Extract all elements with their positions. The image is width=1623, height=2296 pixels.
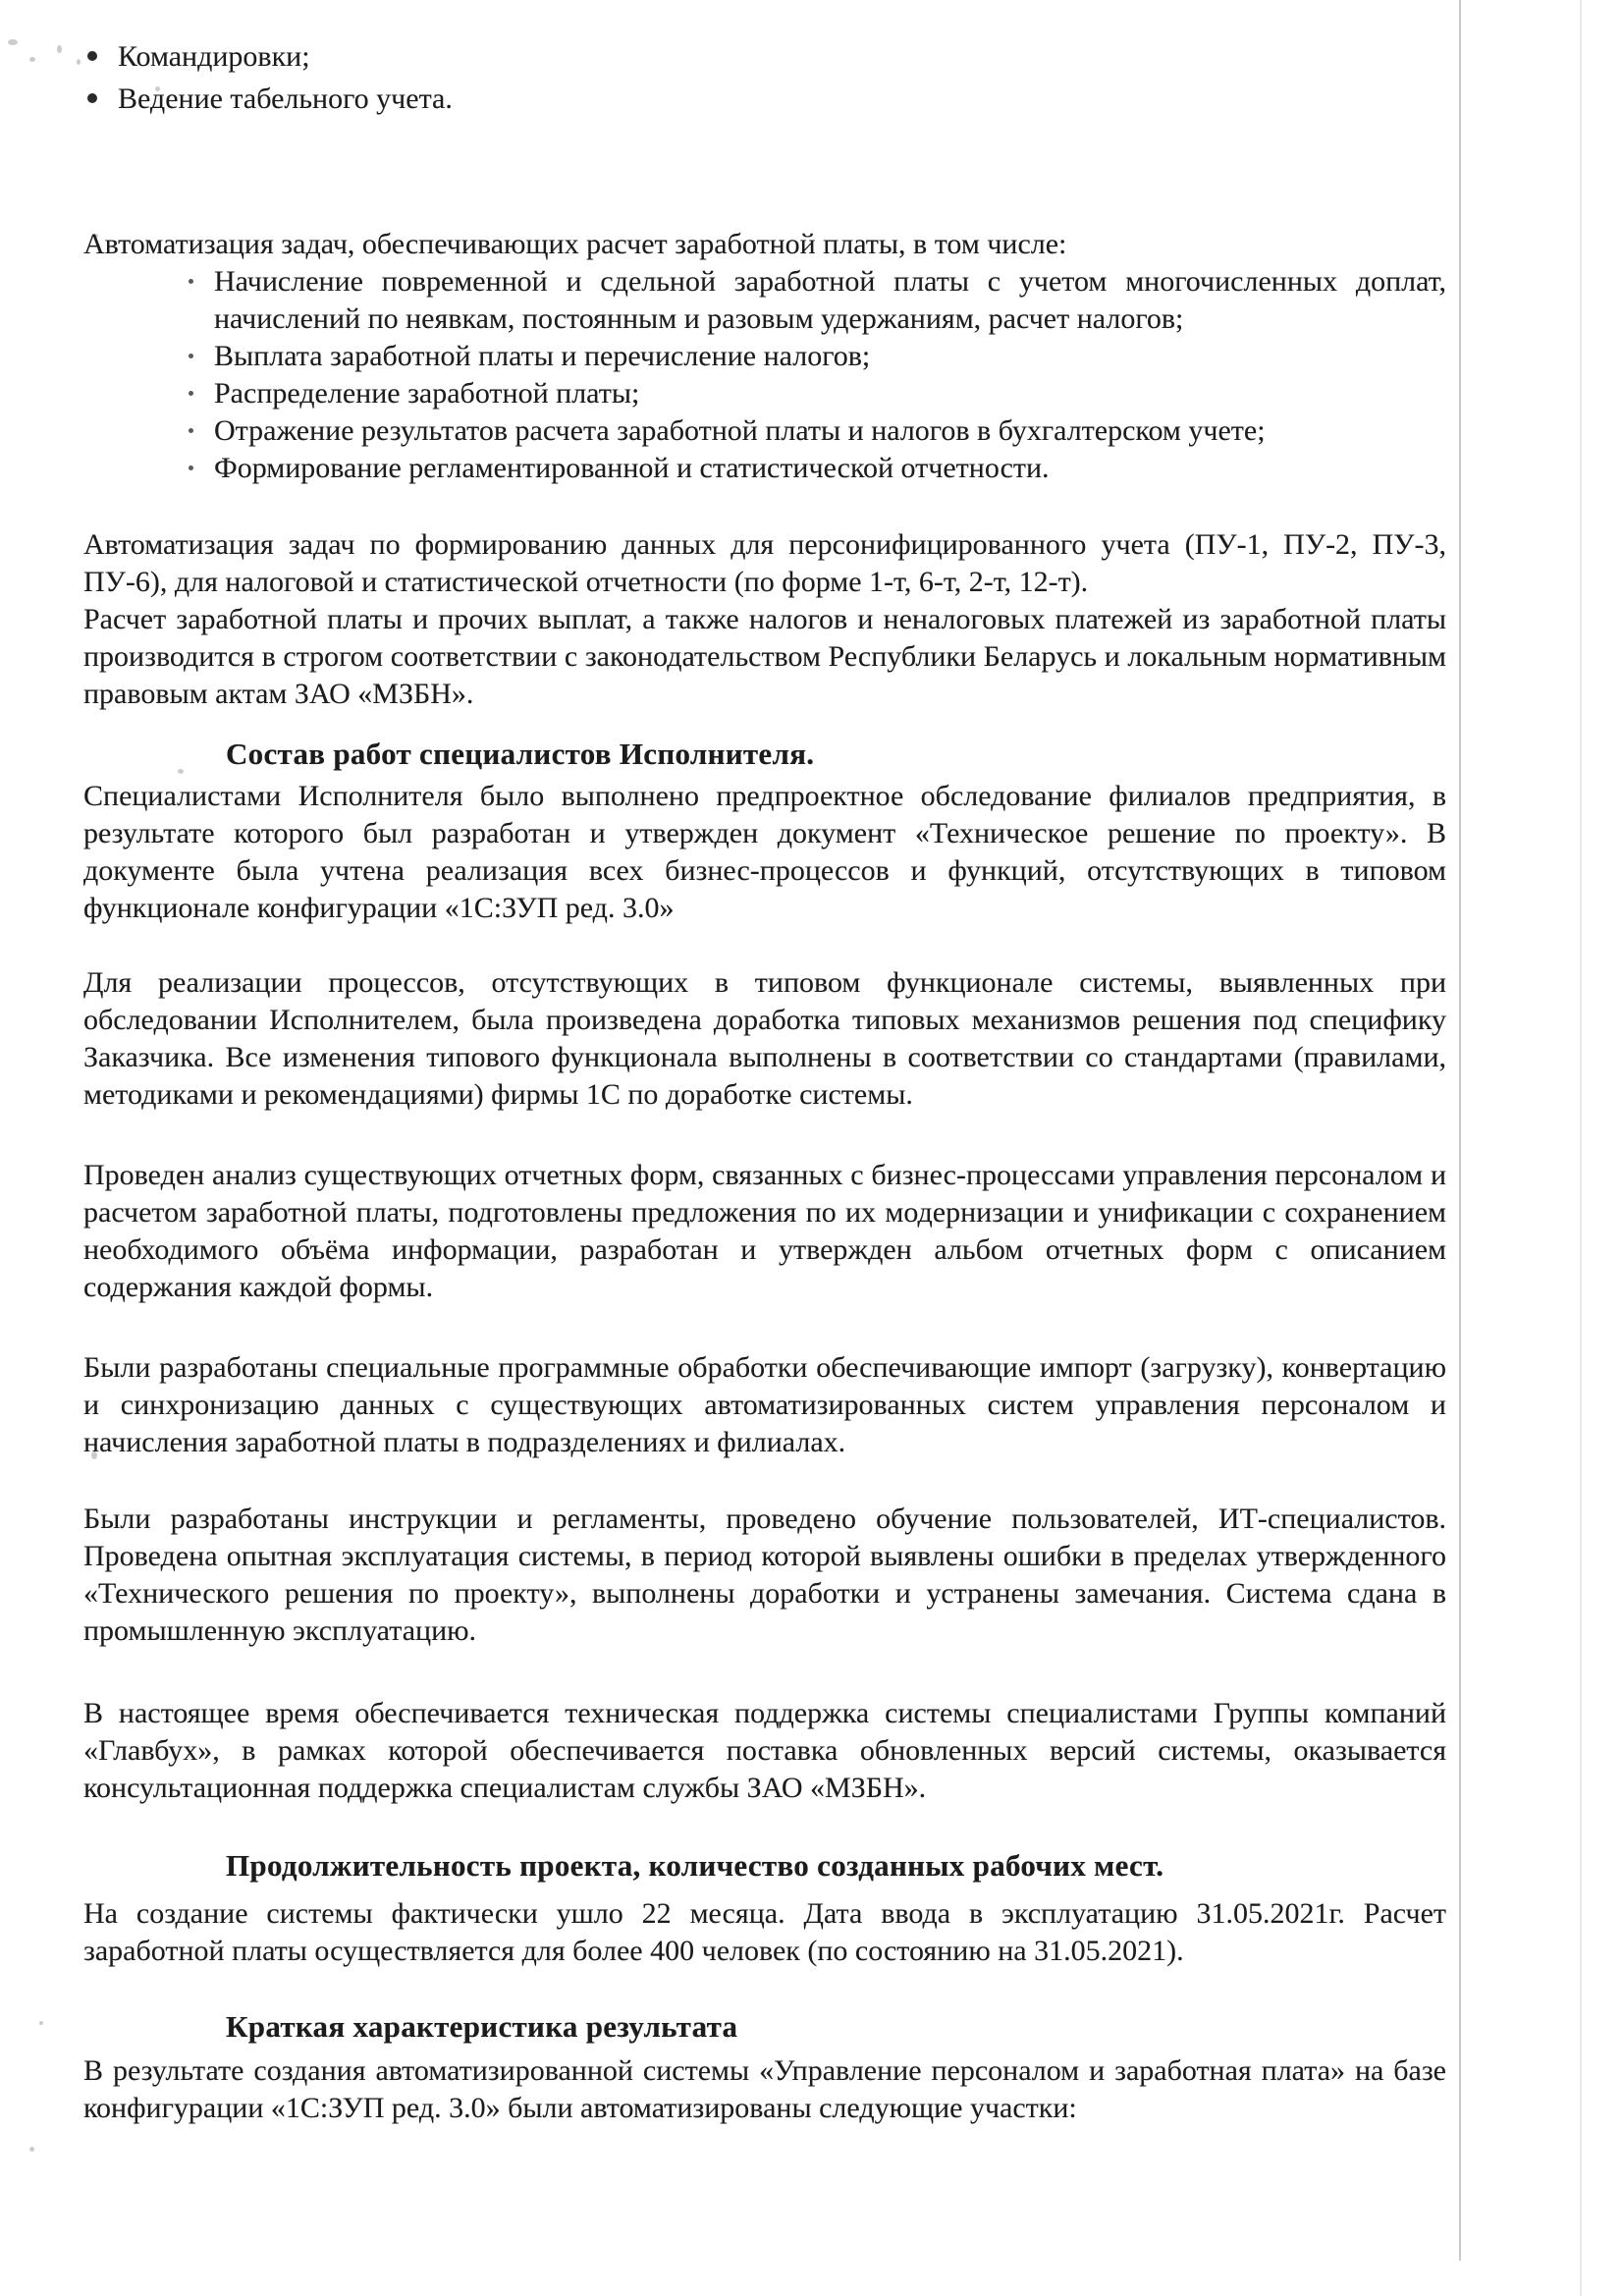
list-item: Командировки; xyxy=(118,35,1394,78)
list-item-text: Начисление повременной и сдельной зарабо… xyxy=(214,265,1446,335)
list-item: Ведение табельного учета. xyxy=(118,78,1394,120)
paragraph: Были разработаны специальные программные… xyxy=(83,1349,1446,1461)
scan-speck xyxy=(39,2021,43,2025)
paragraph: Автоматизация задач по формированию данн… xyxy=(83,526,1446,601)
dash-bullet-icon xyxy=(189,354,193,358)
list-item: Выплата заработной платы и перечисление … xyxy=(187,338,1446,375)
scan-speck xyxy=(29,57,35,62)
paragraph: Для реализации процессов, отсутствующих … xyxy=(83,964,1446,1114)
paragraph: На создание системы фактически ушло 22 м… xyxy=(83,1895,1446,1970)
scan-speck xyxy=(29,2147,34,2152)
section-heading: Краткая характеристика результата xyxy=(83,2007,1589,2047)
list-item: Распределение заработной платы; xyxy=(187,375,1446,412)
paragraph: Расчет заработной платы и прочих выплат,… xyxy=(83,601,1446,713)
section-heading: Состав работ специалистов Исполнителя. xyxy=(83,735,1589,774)
dash-bullet-icon xyxy=(189,428,193,433)
scan-speck xyxy=(77,59,81,65)
list-item: Формирование регламентированной и статис… xyxy=(187,450,1446,487)
list-item: Начисление повременной и сдельной зарабо… xyxy=(187,263,1446,338)
scan-line-vertical xyxy=(1459,0,1461,2261)
sub-bullet-list: Начисление повременной и сдельной зарабо… xyxy=(187,263,1446,487)
bullet-icon xyxy=(87,51,97,61)
section-heading: Продолжительность проекта, количество со… xyxy=(83,1846,1589,1886)
top-bullet-list: Командировки; Ведение табельного учета. xyxy=(118,35,1394,120)
dash-bullet-icon xyxy=(189,391,193,396)
dash-bullet-icon xyxy=(189,465,193,470)
document-page: Командировки; Ведение табельного учета. … xyxy=(0,0,1623,2296)
paragraph-intro: Автоматизация задач, обеспечивающих расч… xyxy=(83,226,1446,263)
paragraph: Проведен анализ существующих отчетных фо… xyxy=(83,1157,1446,1306)
list-item-text: Выплата заработной платы и перечисление … xyxy=(214,340,870,372)
list-item-text: Формирование регламентированной и статис… xyxy=(214,452,1050,484)
list-item-text: Командировки; xyxy=(118,40,310,73)
list-item-text: Распределение заработной платы; xyxy=(214,377,639,410)
paragraph: Специалистами Исполнителя было выполнено… xyxy=(83,778,1446,927)
scan-line-vertical-faint xyxy=(1580,0,1582,2296)
paragraph: Были разработаны инструкции и регламенты… xyxy=(83,1501,1446,1650)
paragraph-group: Автоматизация задач по формированию данн… xyxy=(83,526,1446,713)
list-item-text: Ведение табельного учета. xyxy=(118,82,453,115)
list-item-text: Отражение результатов расчета заработной… xyxy=(214,414,1266,447)
bullet-icon xyxy=(87,93,97,103)
paragraph: В настоящее время обеспечивается техниче… xyxy=(83,1695,1446,1807)
scan-speck xyxy=(57,45,62,53)
paragraph: В результате создания автоматизированной… xyxy=(83,2052,1446,2127)
scan-speck xyxy=(8,39,18,45)
dash-bullet-icon xyxy=(189,279,193,284)
list-item: Отражение результатов расчета заработной… xyxy=(187,412,1446,450)
